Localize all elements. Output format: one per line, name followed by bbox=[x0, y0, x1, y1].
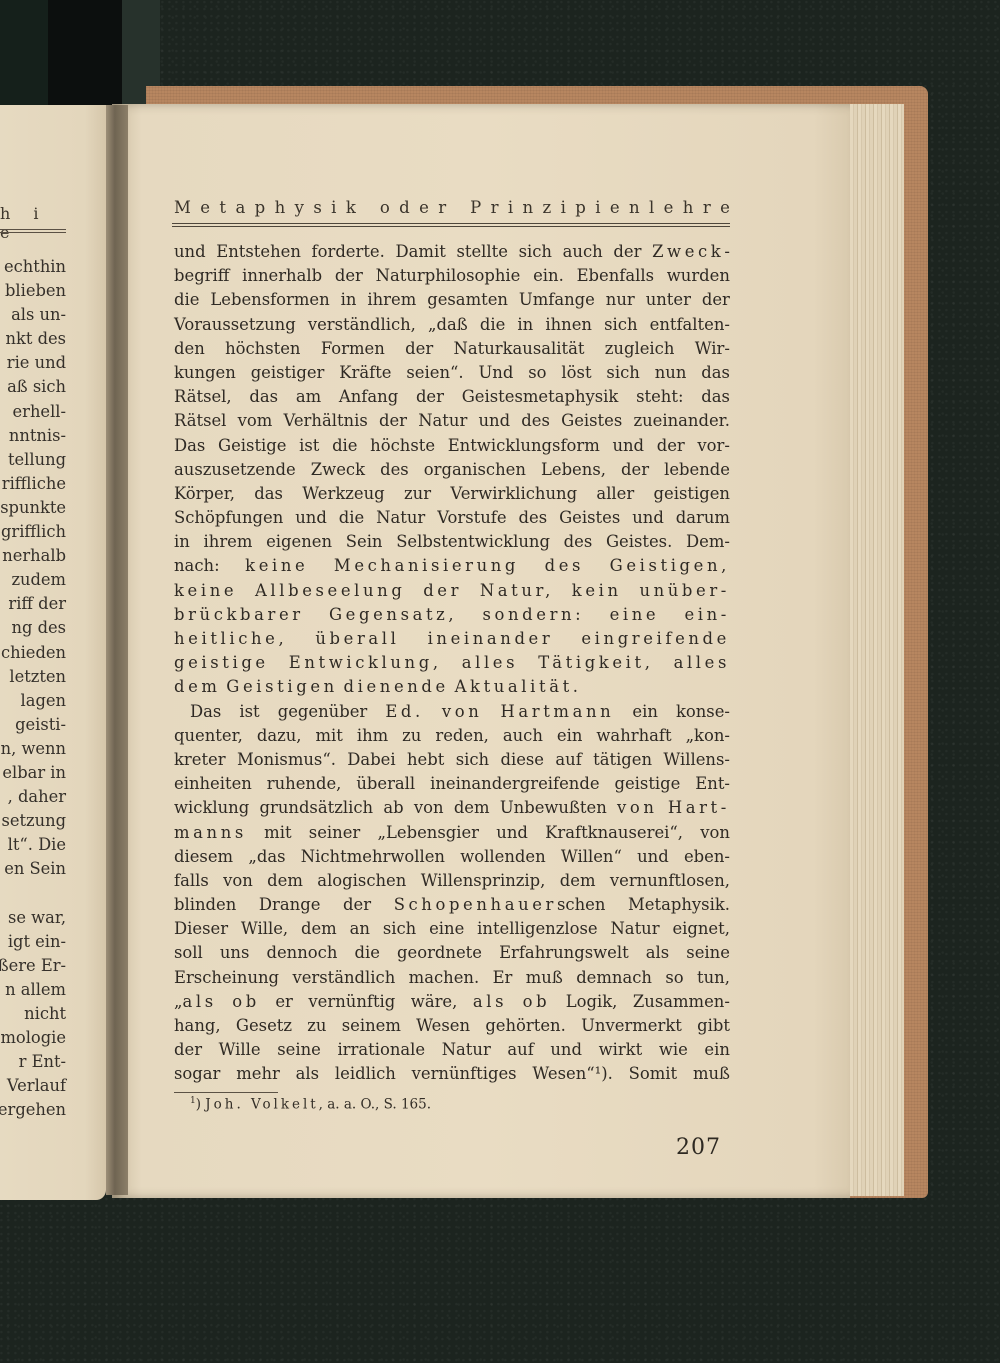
text-line: mannsmitseiner„LebensgierundKraftknauser… bbox=[174, 821, 730, 845]
word: Drange bbox=[259, 893, 321, 917]
word: soll bbox=[174, 941, 203, 965]
left-page-line: mologie bbox=[0, 1026, 66, 1050]
word: dem bbox=[267, 869, 303, 893]
word: alles bbox=[462, 651, 518, 675]
running-head-letter: p bbox=[575, 198, 586, 217]
word: und bbox=[550, 1038, 582, 1062]
word: das bbox=[249, 385, 278, 409]
word: auch bbox=[563, 240, 603, 264]
text-line: undEntstehenforderte.Damitstelltesichauc… bbox=[174, 240, 730, 264]
word: Tätigkeit, bbox=[538, 651, 653, 675]
running-head-letter: e bbox=[419, 198, 429, 217]
word: Vorstufe bbox=[437, 506, 506, 530]
word: manns bbox=[174, 821, 247, 845]
left-page-line: letzten bbox=[0, 665, 66, 689]
word: sogar bbox=[174, 1062, 220, 1086]
word: überall bbox=[356, 772, 415, 796]
left-page-line: erhell- bbox=[0, 400, 66, 424]
word: einheiten bbox=[174, 772, 252, 796]
word: Kräfte bbox=[339, 361, 391, 385]
running-head-letter: e bbox=[664, 198, 674, 217]
running-head-letter: M bbox=[174, 198, 191, 217]
word: Geistesmetaphysik bbox=[462, 385, 619, 409]
word: von bbox=[223, 869, 253, 893]
word: zu bbox=[402, 724, 421, 748]
word: Schopenhauerschen bbox=[394, 893, 606, 917]
word: blinden bbox=[174, 893, 236, 917]
word: Anfang bbox=[339, 385, 398, 409]
text-line: keineAllbeseelungderNatur,keinunüber- bbox=[174, 579, 730, 603]
word: Geistes. bbox=[606, 530, 672, 554]
word: seiner bbox=[309, 821, 360, 845]
word: geistiger bbox=[251, 361, 325, 385]
running-head-letter: e bbox=[200, 198, 210, 217]
word: dienende bbox=[344, 675, 449, 699]
word: falls bbox=[174, 869, 209, 893]
word: Lebensformen bbox=[210, 288, 329, 312]
left-page-line: lt“. Die bbox=[0, 833, 66, 857]
word: machen. bbox=[409, 966, 480, 990]
running-head-letter: e bbox=[610, 198, 620, 217]
left-page-line: igt ein- bbox=[0, 930, 66, 954]
word: Ed. bbox=[385, 700, 424, 724]
word: Verhältnis bbox=[284, 409, 368, 433]
running-head-letter: i bbox=[561, 198, 566, 217]
word: Das bbox=[174, 434, 205, 458]
word: die bbox=[355, 941, 380, 965]
word: Metaphysik. bbox=[628, 893, 730, 917]
footnote-reference: , a. a. O., S. 165. bbox=[319, 1097, 431, 1113]
text-line: einheitenruhende,überallineinandergreife… bbox=[174, 772, 730, 796]
left-page-line: Verlauf bbox=[0, 1074, 66, 1098]
word: überall bbox=[315, 627, 399, 651]
running-head-letter: s bbox=[313, 198, 321, 217]
word: nur bbox=[606, 288, 635, 312]
word: wäre, bbox=[411, 990, 458, 1014]
text-line: Voraussetzungverständlich,„daßdieinihnen… bbox=[174, 313, 730, 337]
running-head-letter: e bbox=[720, 198, 730, 217]
word: ihrem bbox=[367, 288, 416, 312]
word: Dabei bbox=[347, 748, 395, 772]
word: verständlich, bbox=[308, 313, 416, 337]
word: der bbox=[613, 240, 641, 264]
running-head-letter: r bbox=[438, 198, 446, 217]
text-line: fallsvondemalogischenWillensprinzip,demv… bbox=[174, 869, 730, 893]
word: die bbox=[174, 288, 199, 312]
word: Selbstentwicklung bbox=[396, 530, 550, 554]
text-line: Körper,dasWerkzeugzurVerwirklichungaller… bbox=[174, 482, 730, 506]
word: dem bbox=[454, 796, 490, 820]
word: darum bbox=[676, 506, 730, 530]
running-head-letter bbox=[365, 198, 370, 217]
word: Zweck- bbox=[652, 240, 730, 264]
word: dem bbox=[560, 869, 596, 893]
word: lebende bbox=[664, 458, 730, 482]
word: Natur, bbox=[480, 579, 554, 603]
word: ineinandergreifende bbox=[430, 772, 599, 796]
word: Natur bbox=[418, 409, 467, 433]
word: Mechanisierung bbox=[334, 554, 519, 578]
word: eben- bbox=[684, 845, 730, 869]
text-line: quenter,dazu,mitihmzureden,aucheinwahrha… bbox=[174, 724, 730, 748]
word: als bbox=[296, 1062, 319, 1086]
running-head: Metaphysik oder Prinzipienlehre bbox=[174, 198, 730, 217]
text-line: begriffinnerhalbderNaturphilosophieein.E… bbox=[174, 264, 730, 288]
running-head-letter: i bbox=[595, 198, 600, 217]
word: sich bbox=[606, 361, 639, 385]
word: ein. bbox=[533, 264, 564, 288]
left-page-line: rie und bbox=[0, 351, 66, 375]
word: in bbox=[174, 530, 190, 554]
word: Wir- bbox=[695, 337, 730, 361]
word: Willensprinzip, bbox=[421, 869, 546, 893]
text-line: derWilleseineirrationaleNaturaufundwirkt… bbox=[174, 1038, 730, 1062]
word: Zusammen- bbox=[633, 990, 730, 1014]
word: begriff bbox=[174, 264, 229, 288]
word: Natur bbox=[442, 1038, 491, 1062]
word: das bbox=[254, 482, 283, 506]
page-number: 207 bbox=[676, 1135, 721, 1160]
text-line: geistigeEntwicklung,allesTätigkeit,alles bbox=[174, 651, 730, 675]
running-head-letter: i bbox=[331, 198, 336, 217]
text-line: demGeistigendienendeAktualität. bbox=[174, 675, 730, 699]
word: organischen bbox=[424, 458, 526, 482]
word: nach: bbox=[174, 554, 220, 578]
left-page-line: r Ent- bbox=[0, 1050, 66, 1074]
word: muß bbox=[526, 966, 563, 990]
word: ob bbox=[523, 990, 551, 1014]
word: demnach bbox=[576, 966, 652, 990]
word: der bbox=[423, 579, 462, 603]
word: Erscheinung bbox=[174, 966, 279, 990]
word: „als bbox=[174, 990, 217, 1014]
word: ist bbox=[239, 700, 259, 724]
word: von bbox=[700, 821, 730, 845]
word: und bbox=[295, 506, 327, 530]
text-line: hang,GesetzzuseinemWesengehörten.Unverme… bbox=[174, 1014, 730, 1038]
text-line: DasistgegenüberEd.vonHartmanneinkonse- bbox=[174, 700, 730, 724]
left-page-line: echthin bbox=[0, 255, 66, 279]
footnote-rule bbox=[174, 1092, 278, 1093]
word: sich bbox=[604, 313, 637, 337]
word: am bbox=[296, 385, 321, 409]
word: zur bbox=[404, 482, 431, 506]
word: ein- bbox=[684, 603, 729, 627]
running-head-letter: p bbox=[255, 198, 266, 217]
word: Wille, bbox=[241, 917, 288, 941]
word: dem bbox=[174, 675, 221, 699]
text-line: wicklunggrundsätzlichabvondemUnbewußtenv… bbox=[174, 796, 730, 820]
text-line: denhöchstenFormenderNaturkausalitätzugle… bbox=[174, 337, 730, 361]
running-head-letter: r bbox=[491, 198, 499, 217]
word: stellte bbox=[456, 240, 507, 264]
word: ineinander bbox=[428, 627, 554, 651]
word: und bbox=[632, 506, 664, 530]
word: keine bbox=[174, 579, 237, 603]
word: Ent- bbox=[695, 772, 730, 796]
word: Geistes bbox=[561, 409, 622, 433]
text-line: kreterMonismus“.Dabeihebtsichdieseauftät… bbox=[174, 748, 730, 772]
word: dem bbox=[301, 917, 337, 941]
word: Sein bbox=[346, 530, 383, 554]
running-head-letter: k bbox=[346, 198, 356, 217]
word: wahrhaft bbox=[596, 724, 671, 748]
word: wicklung bbox=[174, 796, 249, 820]
word: Logik, bbox=[566, 990, 618, 1014]
word: Werkzeug bbox=[302, 482, 384, 506]
word: Hart- bbox=[668, 796, 730, 820]
left-page-line bbox=[0, 881, 66, 905]
word: mit bbox=[264, 821, 291, 845]
word: uns bbox=[220, 941, 250, 965]
left-page-line: nkt des bbox=[0, 327, 66, 351]
word: als bbox=[646, 941, 669, 965]
word: Kraftknauserei“, bbox=[545, 821, 683, 845]
word: von bbox=[414, 796, 444, 820]
word: ihrem bbox=[204, 530, 253, 554]
word: Natur bbox=[376, 506, 425, 530]
text-line: brückbarerGegensatz,sondern:eineein- bbox=[174, 603, 730, 627]
word: tun, bbox=[697, 966, 730, 990]
word: geistigen bbox=[654, 482, 730, 506]
word: als bbox=[473, 990, 507, 1014]
left-page-line: nerhalb bbox=[0, 544, 66, 568]
word: den bbox=[174, 337, 205, 361]
word: des bbox=[545, 554, 584, 578]
word: die bbox=[332, 434, 357, 458]
running-head-letter: h bbox=[683, 198, 694, 217]
word: so bbox=[528, 361, 546, 385]
word: des bbox=[521, 409, 550, 433]
word: Hartmann bbox=[501, 700, 615, 724]
word: seinem bbox=[342, 1014, 401, 1038]
word: ruhende, bbox=[267, 772, 342, 796]
word: leidlich bbox=[335, 1062, 396, 1086]
word: steht: bbox=[636, 385, 683, 409]
left-page-line: se war, bbox=[0, 906, 66, 930]
text-line: inihremeigenenSeinSelbstentwicklungdesGe… bbox=[174, 530, 730, 554]
text-line: Erscheinungverständlichmachen.Ermußdemna… bbox=[174, 966, 730, 990]
word: grundsätzlich bbox=[260, 796, 374, 820]
word: ein bbox=[704, 1038, 730, 1062]
word: auf bbox=[555, 748, 581, 772]
word: auf bbox=[507, 1038, 533, 1062]
word: gegenüber bbox=[278, 700, 368, 724]
word: nun bbox=[655, 361, 687, 385]
word: gehörten. bbox=[485, 1014, 566, 1038]
word: in bbox=[517, 313, 533, 337]
word: seine bbox=[686, 941, 730, 965]
word: und bbox=[637, 845, 669, 869]
text-line: diesem„dasNichtmehrwollenwollendenWillen… bbox=[174, 845, 730, 869]
text-line: Rätsel,dasamAnfangderGeistesmetaphysikst… bbox=[174, 385, 730, 409]
word: die bbox=[339, 506, 364, 530]
word: Voraussetzung bbox=[174, 313, 296, 337]
word: ein bbox=[557, 724, 583, 748]
word: gesamten bbox=[427, 288, 508, 312]
word: diese bbox=[500, 748, 544, 772]
word: der bbox=[416, 385, 444, 409]
word: vernunftlosen, bbox=[610, 869, 730, 893]
word: sich bbox=[456, 748, 489, 772]
word: vernünftig bbox=[308, 990, 395, 1014]
word: wollenden bbox=[460, 845, 545, 869]
word: der bbox=[174, 1038, 202, 1062]
word: zu bbox=[307, 1014, 326, 1038]
word: des bbox=[519, 506, 548, 530]
word: reden, bbox=[435, 724, 489, 748]
word: wurden bbox=[667, 264, 730, 288]
word: seien“. bbox=[406, 361, 463, 385]
word: löst bbox=[561, 361, 591, 385]
word: Körper, bbox=[174, 482, 235, 506]
word: Monismus“. bbox=[237, 748, 336, 772]
footnote-author: Joh. Volkelt bbox=[205, 1097, 318, 1113]
word: geistige bbox=[174, 651, 269, 675]
left-page-line: spunkte bbox=[0, 496, 66, 520]
text-line: RätselvomVerhältnisderNaturunddesGeistes… bbox=[174, 409, 730, 433]
running-head-letter: r bbox=[703, 198, 711, 217]
word: Willen“ bbox=[561, 845, 622, 869]
footnote-marker: 1 bbox=[190, 1096, 196, 1106]
word: Natur bbox=[610, 917, 659, 941]
left-page-line: als un- bbox=[0, 303, 66, 327]
running-head-letter: t bbox=[219, 198, 226, 217]
word: wie bbox=[659, 1038, 688, 1062]
word: Schöpfungen bbox=[174, 506, 283, 530]
word: irrationale bbox=[337, 1038, 425, 1062]
word: unter bbox=[646, 288, 691, 312]
word: Wesen“¹). bbox=[532, 1062, 612, 1086]
book-gutter bbox=[106, 105, 128, 1195]
word: Erfahrungswelt bbox=[499, 941, 629, 965]
word: eine bbox=[429, 917, 464, 941]
word: Verwirklichung bbox=[450, 482, 577, 506]
word: eingreifende bbox=[581, 627, 730, 651]
word: Entwicklung, bbox=[289, 651, 442, 675]
word: sich bbox=[519, 240, 552, 264]
word: der bbox=[621, 458, 649, 482]
word: der bbox=[335, 264, 363, 288]
left-page-line: tellung bbox=[0, 448, 66, 472]
word: quenter, bbox=[174, 724, 243, 748]
text-line: kungengeistigerKräfteseien“.Undsolöstsic… bbox=[174, 361, 730, 385]
word: alles bbox=[674, 651, 730, 675]
word: das bbox=[701, 361, 730, 385]
word: Entwicklungsform bbox=[448, 434, 600, 458]
word: Formen bbox=[321, 337, 385, 361]
left-page-line: blieben bbox=[0, 279, 66, 303]
word: Geistigen bbox=[226, 675, 338, 699]
word: vom bbox=[238, 409, 273, 433]
word: der bbox=[657, 434, 685, 458]
left-page-line: ergehen bbox=[0, 1098, 66, 1122]
word: zugleich bbox=[605, 337, 675, 361]
word: an bbox=[350, 917, 370, 941]
word: tätigen bbox=[593, 748, 652, 772]
left-page-line: nntnis- bbox=[0, 424, 66, 448]
word: Geistige bbox=[218, 434, 286, 458]
word: muß bbox=[693, 1062, 730, 1086]
running-head-letter: z bbox=[543, 198, 552, 217]
word: eigenen bbox=[266, 530, 332, 554]
word: Willens- bbox=[663, 748, 730, 772]
left-page-line: elbar in bbox=[0, 761, 66, 785]
word: und bbox=[478, 409, 510, 433]
word: ihnen bbox=[545, 313, 592, 337]
left-page-line: grifflich bbox=[0, 520, 66, 544]
left-page-line: , daher bbox=[0, 785, 66, 809]
running-head-letter: n bbox=[523, 198, 534, 217]
word: auch bbox=[503, 724, 543, 748]
running-head-letter: y bbox=[295, 198, 304, 217]
left-page-line: chieden bbox=[0, 641, 66, 665]
word: forderte. bbox=[312, 240, 385, 264]
word: verständlich bbox=[292, 966, 395, 990]
word: Damit bbox=[396, 240, 446, 264]
word: kein bbox=[572, 579, 622, 603]
word: des bbox=[380, 458, 409, 482]
word: ein bbox=[632, 700, 658, 724]
word: Aktualität. bbox=[455, 675, 582, 699]
text-line: blindenDrangederSchopenhauerschenMetaphy… bbox=[174, 893, 730, 917]
word: Wesen bbox=[416, 1014, 470, 1038]
word: aller bbox=[596, 482, 634, 506]
word: vor- bbox=[697, 434, 730, 458]
word: „Lebensgier bbox=[378, 821, 480, 845]
left-page-line: setzung bbox=[0, 809, 66, 833]
word: dennoch bbox=[266, 941, 337, 965]
word: „das bbox=[248, 845, 285, 869]
word: innerhalb bbox=[242, 264, 322, 288]
word: Allbeseelung bbox=[255, 579, 405, 603]
footnote: 1) Joh. Volkelt, a. a. O., S. 165. bbox=[190, 1096, 431, 1113]
word: unüber- bbox=[639, 579, 730, 603]
word: heitliche, bbox=[174, 627, 287, 651]
word: Ebenfalls bbox=[577, 264, 654, 288]
word: und bbox=[174, 240, 206, 264]
left-page-line: geisti- bbox=[0, 713, 66, 737]
left-page-line: lagen bbox=[0, 689, 66, 713]
word: Gegensatz, bbox=[329, 603, 457, 627]
word: Naturphilosophie bbox=[376, 264, 521, 288]
running-head-letter: l bbox=[649, 198, 654, 217]
word: Naturkausalität bbox=[454, 337, 585, 361]
word: Lebens, bbox=[541, 458, 606, 482]
word: hang, bbox=[174, 1014, 221, 1038]
left-page-line: en Sein bbox=[0, 857, 66, 881]
word: geordnete bbox=[397, 941, 482, 965]
word: Wille bbox=[219, 1038, 261, 1062]
word: von bbox=[617, 796, 658, 820]
text-line: heitliche,überallineinandereingreifende bbox=[174, 627, 730, 651]
word: alogischen bbox=[317, 869, 406, 893]
word: ob bbox=[232, 990, 260, 1014]
text-line: DasGeistigeistdiehöchsteEntwicklungsform… bbox=[174, 434, 730, 458]
word: konse- bbox=[676, 700, 730, 724]
word: vernünftiges bbox=[412, 1062, 517, 1086]
word: höchsten bbox=[225, 337, 300, 361]
running-head-letter: i bbox=[508, 198, 513, 217]
word: kungen bbox=[174, 361, 236, 385]
text-line: sollunsdennochdiegeordneteErfahrungswelt… bbox=[174, 941, 730, 965]
left-page-line: nicht bbox=[0, 1002, 66, 1026]
word: und bbox=[612, 434, 644, 458]
word: gibt bbox=[697, 1014, 730, 1038]
word: Das bbox=[190, 700, 221, 724]
left-page-line: zudem bbox=[0, 568, 66, 592]
running-head-letter bbox=[455, 198, 460, 217]
